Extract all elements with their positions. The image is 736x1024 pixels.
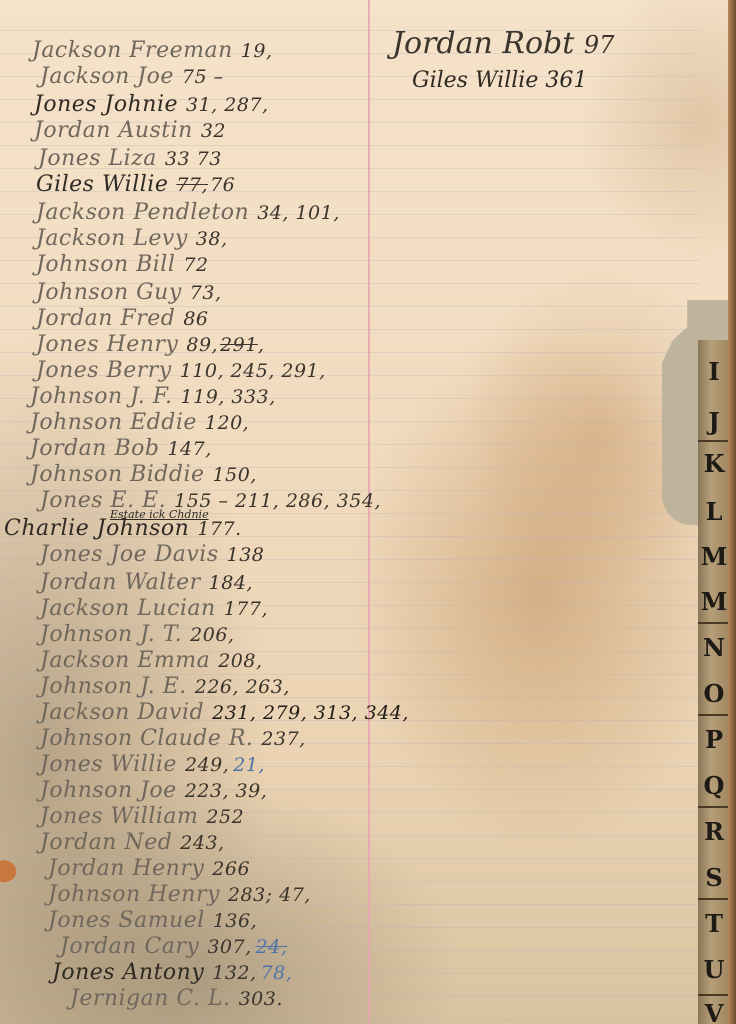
- list-item: Johnson Biddie150,: [30, 462, 257, 487]
- list-item: Jackson Freeman19,: [32, 38, 272, 63]
- list-item: Jones Johnie31, 287,: [34, 92, 269, 117]
- list-item: Jones Berry110, 245, 291,: [36, 358, 326, 383]
- list-item: Jones Samuel136,: [48, 908, 257, 933]
- list-item: Jones E. E.155 – 211, 286, 354,: [40, 488, 381, 513]
- index-tab-k[interactable]: K: [698, 452, 730, 476]
- index-tab-i[interactable]: I: [698, 360, 730, 384]
- book-edge: [728, 0, 736, 1024]
- list-item: Jones Willie249,21,: [40, 752, 265, 777]
- list-item: Jordan Austin32: [34, 118, 226, 143]
- list-item: Johnson J. E.226, 263,: [40, 674, 290, 699]
- index-tab-r[interactable]: R: [698, 820, 730, 844]
- index-tab-p[interactable]: P: [698, 728, 730, 752]
- index-tab-j[interactable]: J: [698, 410, 730, 434]
- list-item: Johnson Claude R.237,: [40, 726, 306, 751]
- index-tab-q[interactable]: Q: [698, 774, 730, 798]
- index-tab-s[interactable]: S: [698, 866, 730, 890]
- index-tab-l[interactable]: L: [698, 500, 730, 524]
- list-item: Jordan Walter184,: [40, 570, 253, 595]
- list-item: Johnson Bill72: [36, 252, 209, 277]
- list-item: Johnson Henry283; 47,: [48, 882, 311, 907]
- list-item: Jones Antony132,78,: [52, 960, 292, 985]
- index-tab-m[interactable]: M: [698, 545, 730, 569]
- index-tab-u[interactable]: U: [698, 958, 730, 982]
- list-item: Giles Willie77,76: [36, 172, 235, 197]
- list-item: Johnson J. T.206,: [40, 622, 234, 647]
- tab-divider: [698, 714, 730, 716]
- list-item: Jackson David231, 279, 313, 344,: [40, 700, 409, 725]
- list-item: Jackson Lucian177,: [40, 596, 268, 621]
- list-item: Jordan Cary307,24,: [60, 934, 287, 959]
- tab-divider: [698, 622, 730, 624]
- tab-divider: [698, 806, 730, 808]
- list-item: Jones Liza33 73: [38, 146, 222, 171]
- list-item: Jackson Emma208,: [40, 648, 263, 673]
- list-item: Jones Joe Davis138: [40, 542, 264, 567]
- index-tab-o[interactable]: O: [698, 682, 730, 706]
- list-item: Jones Henry89,291,: [36, 332, 264, 357]
- index-tab-m-second[interactable]: M: [698, 590, 730, 614]
- list-item: Johnson Joe223, 39,: [40, 778, 267, 803]
- list-item: Jernigan C. L.303.: [70, 986, 283, 1011]
- tab-divider: [698, 440, 730, 442]
- list-item: Johnson J. F.119, 333,: [30, 384, 276, 409]
- list-item: Johnson Guy73,: [36, 280, 222, 305]
- list-item: Johnson Eddie120,: [30, 410, 249, 435]
- list-item: Jones William252: [40, 804, 244, 829]
- tab-divider: [698, 898, 730, 900]
- list-item: Jordan Bob147,: [30, 436, 212, 461]
- list-item: Jackson Joe75 –: [40, 64, 224, 89]
- index-tab-t[interactable]: T: [698, 912, 730, 936]
- list-item: Jordan Henry266: [48, 856, 250, 881]
- list-item: Giles Willie 361: [412, 68, 587, 93]
- list-item: Jordan Ned243,: [40, 830, 225, 855]
- tab-divider: [698, 994, 730, 996]
- list-item: Jackson Pendleton34, 101,: [36, 200, 340, 225]
- list-item: Charlie Johnson177.: [4, 516, 242, 541]
- ledger-page: Jackson Freeman19, Jackson Joe75 – Jones…: [0, 0, 736, 1024]
- list-item: Jordan Robt 97: [392, 26, 614, 61]
- index-tab-n[interactable]: N: [698, 636, 730, 660]
- index-tab-v[interactable]: V: [698, 1002, 730, 1024]
- list-item: Jordan Fred86: [36, 306, 209, 331]
- list-item: Jackson Levy38,: [36, 226, 228, 251]
